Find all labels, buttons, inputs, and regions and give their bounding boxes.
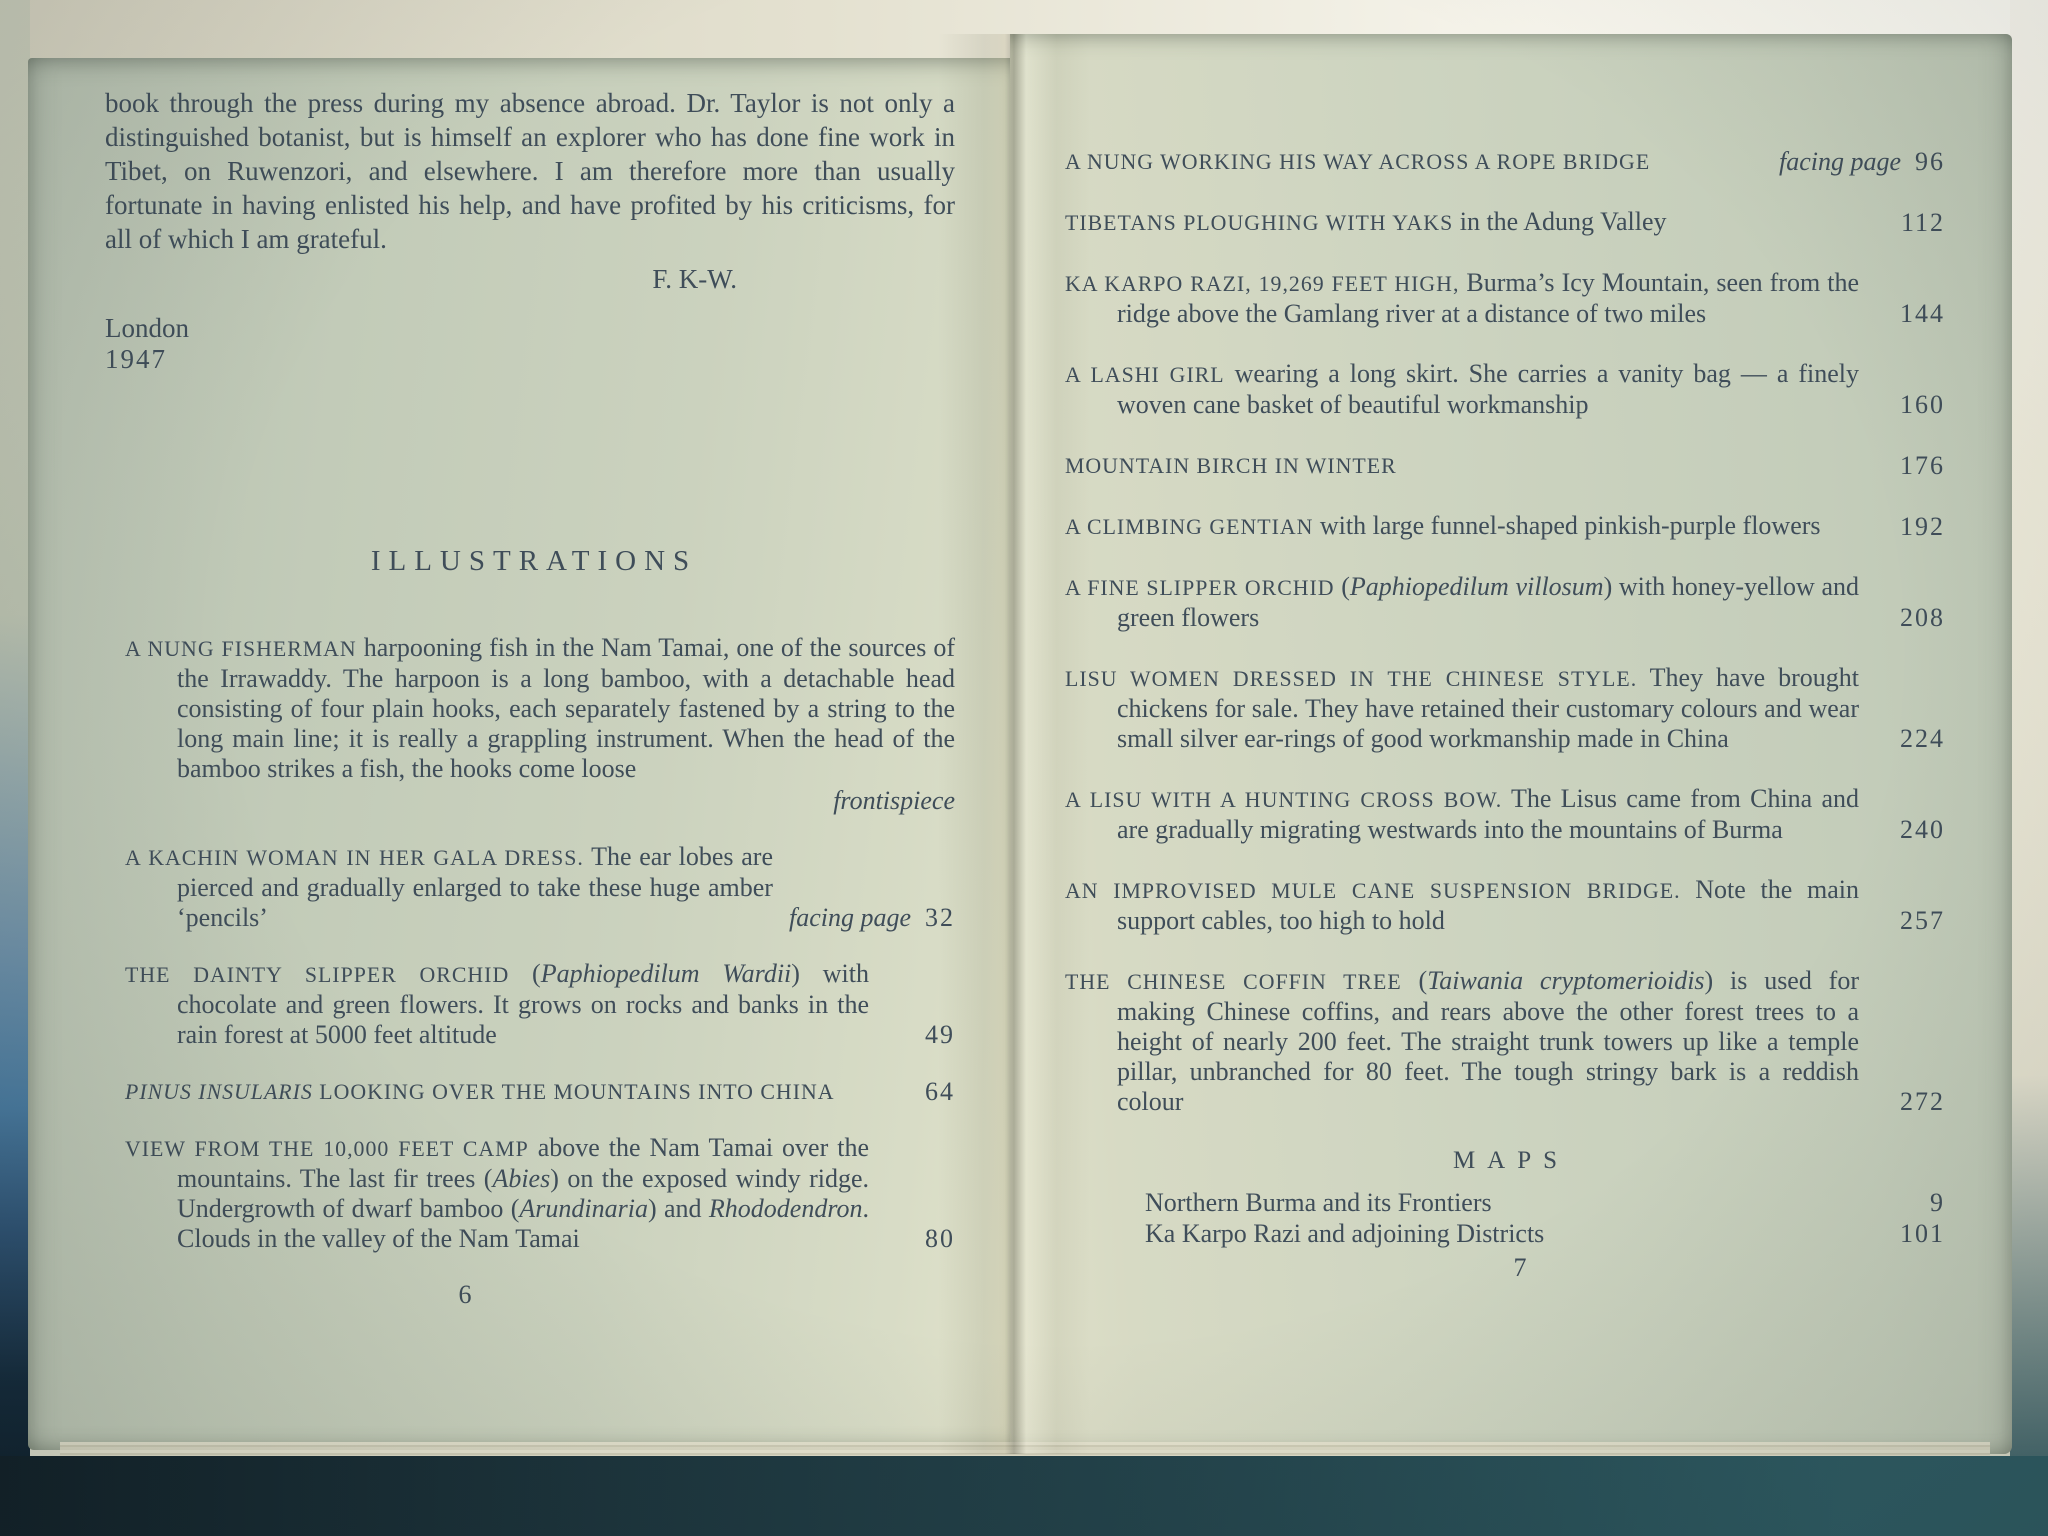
illustration-entry: A LASHI GIRL wearing a long skirt. She c…	[1065, 359, 1945, 420]
entry-text: A FINE SLIPPER ORCHID (Paphiopedilum vil…	[1065, 572, 1859, 633]
book-cover-left-edge	[0, 0, 30, 1536]
map-label: Ka Karpo Razi and adjoining Districts	[1145, 1218, 1875, 1249]
entry-segment: A LASHI GIRL	[1065, 363, 1225, 387]
illustration-entry: A NUNG FISHERMAN harpooning fish in the …	[125, 633, 955, 816]
entry-text: A LISU WITH A HUNTING CROSS BOW. The Lis…	[1065, 784, 1859, 845]
entry-text: A NUNG FISHERMAN harpooning fish in the …	[125, 633, 955, 784]
entry-page-ref: facing page32	[789, 903, 955, 933]
map-item: Ka Karpo Razi and adjoining Districts101	[1145, 1218, 1945, 1249]
right-page-content: A NUNG WORKING HIS WAY ACROSS A ROPE BRI…	[1065, 146, 1945, 1283]
entry-page-ref: 208	[1875, 603, 1945, 633]
page-ref-value: 112	[1901, 208, 1945, 237]
illustration-entry: THE DAINTY SLIPPER ORCHID (Paphiopedilum…	[125, 959, 955, 1050]
illustrations-list-right: A NUNG WORKING HIS WAY ACROSS A ROPE BRI…	[1065, 146, 1945, 1117]
page-ref-value: 32	[925, 903, 955, 932]
entry-page-ref: 160	[1875, 390, 1945, 420]
page-number-left: 6	[105, 1280, 955, 1310]
illustrations-heading: ILLUSTRATIONS	[105, 545, 955, 578]
entry-page-ref: 64	[885, 1077, 955, 1107]
entry-segment: (	[1335, 572, 1350, 601]
entry-page-ref: 272	[1875, 1087, 1945, 1117]
entry-segment: THE CHINESE COFFIN TREE	[1065, 970, 1402, 994]
page-stack-right-edge	[2010, 0, 2048, 1536]
maps-heading: MAPS	[1065, 1147, 1945, 1175]
entry-page-ref: frontispiece	[125, 786, 955, 816]
illustration-entry: PINUS INSULARIS LOOKING OVER THE MOUNTAI…	[125, 1076, 955, 1107]
entry-segment: TIBETANS PLOUGHING WITH YAKS	[1065, 211, 1453, 235]
entry-segment: (	[1402, 966, 1427, 995]
page-ref-value: frontispiece	[833, 786, 955, 815]
entry-text: A CLIMBING GENTIAN with large funnel-sha…	[1065, 511, 1859, 542]
entry-text: A LASHI GIRL wearing a long skirt. She c…	[1065, 359, 1859, 420]
map-page-ref: 9	[1875, 1187, 1945, 1218]
entry-segment: A NUNG FISHERMAN	[125, 637, 357, 661]
illustration-entry: AN IMPROVISED MULE CANE SUSPENSION BRIDG…	[1065, 875, 1945, 936]
entry-page-ref: 224	[1875, 724, 1945, 754]
entry-text: KA KARPO RAZI, 19,269 FEET HIGH, Burma’s…	[1065, 268, 1859, 329]
page-ref-value: 224	[1900, 724, 1945, 753]
entry-segment: VIEW FROM THE 10,000 FEET CAMP	[125, 1137, 529, 1161]
page-number-right: 7	[1065, 1253, 1945, 1283]
entry-segment: A FINE SLIPPER ORCHID	[1065, 576, 1335, 600]
entry-segment: KA KARPO RAZI, 19,269 FEET HIGH,	[1065, 272, 1459, 296]
illustration-entry: A NUNG WORKING HIS WAY ACROSS A ROPE BRI…	[1065, 146, 1945, 177]
entry-page-ref: facing page96	[1779, 147, 1945, 177]
entry-segment: Rhododendron	[709, 1194, 863, 1223]
entry-segment: ) and	[648, 1194, 709, 1223]
map-item: Northern Burma and its Frontiers9	[1145, 1187, 1945, 1218]
entry-segment: A NUNG WORKING HIS WAY ACROSS A ROPE BRI…	[1065, 150, 1650, 174]
entry-page-ref: 176	[1875, 451, 1945, 481]
entry-page-ref: 144	[1875, 299, 1945, 329]
entry-segment: LOOKING OVER THE MOUNTAINS INTO CHINA	[313, 1080, 835, 1104]
maps-list: Northern Burma and its Frontiers9Ka Karp…	[1065, 1187, 1945, 1249]
page-ref-value: 240	[1900, 815, 1945, 844]
entry-segment: LISU WOMEN DRESSED IN THE CHINESE STYLE.	[1065, 667, 1637, 691]
illustration-entry: LISU WOMEN DRESSED IN THE CHINESE STYLE.…	[1065, 663, 1945, 754]
entry-page-ref: 80	[885, 1224, 955, 1254]
entry-segment: Paphiopedilum villosum	[1350, 572, 1604, 601]
entry-text: MOUNTAIN BIRCH IN WINTER	[1065, 450, 1859, 481]
entry-segment: Taiwania cryptomerioidis	[1427, 966, 1704, 995]
entry-segment: THE DAINTY SLIPPER ORCHID	[125, 963, 509, 987]
facing-page-label: facing page	[1779, 147, 1901, 176]
entry-segment: (	[509, 959, 540, 988]
entry-page-ref: 240	[1875, 815, 1945, 845]
entry-text: A KACHIN WOMAN IN HER GALA DRESS. The ea…	[125, 842, 773, 933]
preface-paragraph: book through the press during my absence…	[105, 86, 955, 256]
illustration-entry: THE CHINESE COFFIN TREE (Taiwania crypto…	[1065, 966, 1945, 1117]
illustration-entry: MOUNTAIN BIRCH IN WINTER176	[1065, 450, 1945, 481]
page-ref-value: 80	[925, 1224, 955, 1253]
entry-text: LISU WOMEN DRESSED IN THE CHINESE STYLE.…	[1065, 663, 1859, 754]
preface-year: 1947	[105, 344, 955, 375]
book-cover-bottom	[0, 1456, 2048, 1536]
page-ref-value: 257	[1900, 906, 1945, 935]
entry-segment: Arundinaria	[519, 1194, 648, 1223]
entry-page-ref: 192	[1875, 512, 1945, 542]
entry-page-ref: 257	[1875, 906, 1945, 936]
entry-text: VIEW FROM THE 10,000 FEET CAMP above the…	[125, 1133, 869, 1254]
page-ref-value: 64	[925, 1077, 955, 1106]
entry-text: AN IMPROVISED MULE CANE SUSPENSION BRIDG…	[1065, 875, 1859, 936]
entry-segment: A CLIMBING GENTIAN	[1065, 515, 1313, 539]
illustration-entry: A KACHIN WOMAN IN HER GALA DRESS. The ea…	[125, 842, 955, 933]
entry-segment: AN IMPROVISED MULE CANE SUSPENSION BRIDG…	[1065, 879, 1681, 903]
entry-text: TIBETANS PLOUGHING WITH YAKS in the Adun…	[1065, 207, 1859, 238]
entry-segment: Abies	[492, 1164, 550, 1193]
entry-text: A NUNG WORKING HIS WAY ACROSS A ROPE BRI…	[1065, 146, 1763, 177]
entry-text: PINUS INSULARIS LOOKING OVER THE MOUNTAI…	[125, 1076, 869, 1107]
illustrations-list-left: A NUNG FISHERMAN harpooning fish in the …	[105, 633, 955, 1254]
facing-page-label: facing page	[789, 903, 911, 932]
preface-signature: F. K-W.	[105, 264, 955, 295]
entry-text: THE DAINTY SLIPPER ORCHID (Paphiopedilum…	[125, 959, 869, 1050]
entry-segment: in the Adung Valley	[1453, 207, 1666, 236]
page-ref-value: 208	[1900, 603, 1945, 632]
entry-text: THE CHINESE COFFIN TREE (Taiwania crypto…	[1065, 966, 1859, 1117]
page-ref-value: 49	[925, 1020, 955, 1049]
preface-place: London	[105, 313, 955, 344]
entry-page-ref: 112	[1875, 208, 1945, 238]
entry-page-ref: 49	[885, 1020, 955, 1050]
entry-segment: PINUS INSULARIS	[125, 1080, 313, 1104]
left-page-content: book through the press during my absence…	[105, 86, 955, 1310]
page-ref-value: 160	[1900, 390, 1945, 419]
entry-segment: wearing a long skirt. She carries a vani…	[1117, 359, 1859, 419]
illustration-entry: TIBETANS PLOUGHING WITH YAKS in the Adun…	[1065, 207, 1945, 238]
illustration-entry: A LISU WITH A HUNTING CROSS BOW. The Lis…	[1065, 784, 1945, 845]
illustration-entry: VIEW FROM THE 10,000 FEET CAMP above the…	[125, 1133, 955, 1254]
entry-segment: Paphiopedilum Wardii	[541, 959, 792, 988]
page-ref-value: 144	[1900, 299, 1945, 328]
entry-segment: A KACHIN WOMAN IN HER GALA DRESS.	[125, 846, 584, 870]
page-ref-value: 96	[1915, 147, 1945, 176]
page-ref-value: 192	[1900, 512, 1945, 541]
map-page-ref: 101	[1875, 1218, 1945, 1249]
illustration-entry: KA KARPO RAZI, 19,269 FEET HIGH, Burma’s…	[1065, 268, 1945, 329]
page-ref-value: 176	[1900, 451, 1945, 480]
entry-segment: MOUNTAIN BIRCH IN WINTER	[1065, 454, 1397, 478]
page-ref-value: 272	[1900, 1087, 1945, 1116]
illustration-entry: A CLIMBING GENTIAN with large funnel-sha…	[1065, 511, 1945, 542]
entry-segment: with large funnel-shaped pinkish-purple …	[1313, 511, 1820, 540]
illustration-entry: A FINE SLIPPER ORCHID (Paphiopedilum vil…	[1065, 572, 1945, 633]
entry-segment: A LISU WITH A HUNTING CROSS BOW.	[1065, 788, 1502, 812]
book-photo: book through the press during my absence…	[0, 0, 2048, 1536]
map-label: Northern Burma and its Frontiers	[1145, 1187, 1875, 1218]
